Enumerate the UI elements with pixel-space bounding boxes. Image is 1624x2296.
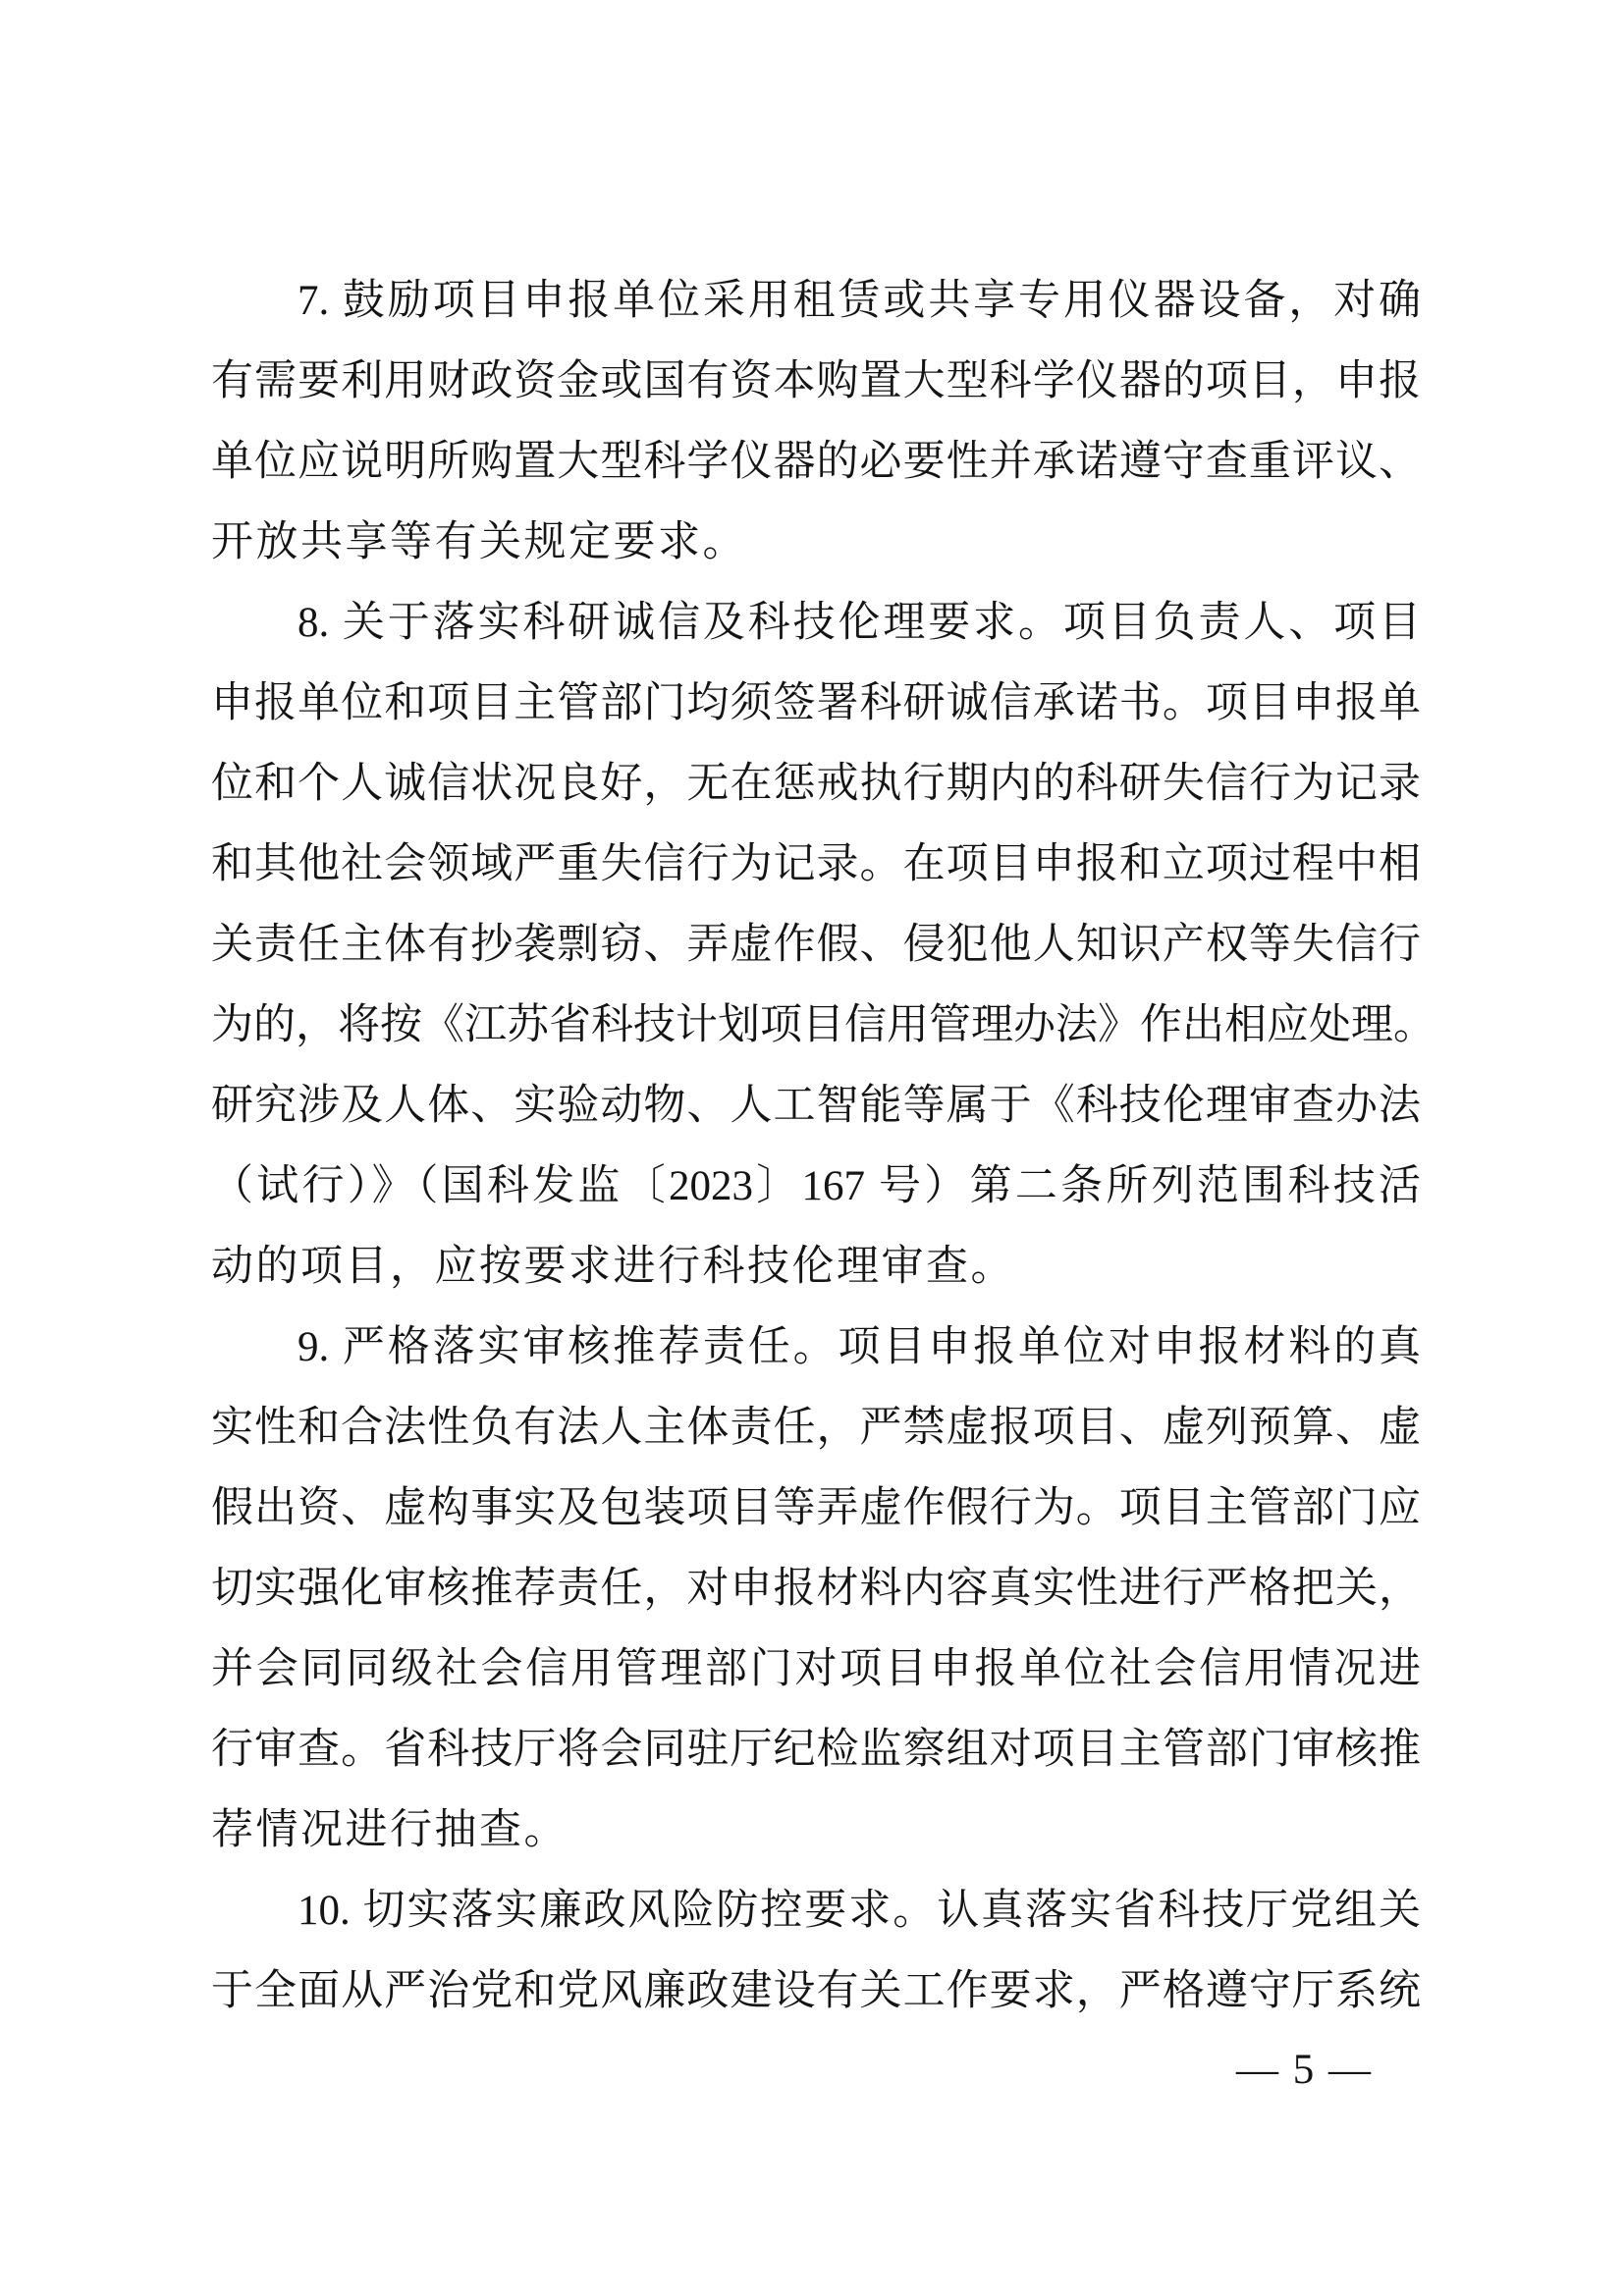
text-line: 有需要利用财政资金或国有资本购置大型科学仪器的项目，申报 xyxy=(211,342,1421,422)
text-line: 荐情况进行抽查。 xyxy=(211,1790,1421,1871)
text-line: 研究涉及人体、实验动物、人工智能等属于《科技伦理审查办法 xyxy=(211,1066,1421,1147)
text-line: 动的项目，应按要求进行科技伦理审查。 xyxy=(211,1227,1421,1308)
document-text-block: 7. 鼓励项目申报单位采用租赁或共享专用仪器设备，对确 有需要利用财政资金或国有… xyxy=(211,261,1421,2032)
text-line: （试行）》（国科发监〔2023〕167 号）第二条所列范围科技活 xyxy=(211,1147,1421,1227)
text-line: 和其他社会领域严重失信行为记录。在项目申报和立项过程中相 xyxy=(211,825,1421,905)
paragraph-7: 7. 鼓励项目申报单位采用租赁或共享专用仪器设备，对确 有需要利用财政资金或国有… xyxy=(211,261,1421,583)
paragraph-9: 9. 严格落实审核推荐责任。项目申报单位对申报材料的真 实性和合法性负有法人主体… xyxy=(211,1308,1421,1871)
page-number: — 5 — xyxy=(1236,2048,1373,2093)
paragraph-8: 8. 关于落实科研诚信及科技伦理要求。项目负责人、项目 申报单位和项目主管部门均… xyxy=(211,583,1421,1308)
text-line: 7. 鼓励项目申报单位采用租赁或共享专用仪器设备，对确 xyxy=(211,261,1421,342)
text-line: 开放共享等有关规定要求。 xyxy=(211,503,1421,583)
text-line: 实性和合法性负有法人主体责任，严禁虚报项目、虚列预算、虚 xyxy=(211,1388,1421,1468)
text-line: 为的，将按《江苏省科技计划项目信用管理办法》作出相应处理。 xyxy=(211,986,1421,1066)
text-line: 申报单位和项目主管部门均须签署科研诚信承诺书。项目申报单 xyxy=(211,664,1421,744)
text-line: 于全面从严治党和党风廉政建设有关工作要求，严格遵守厅系统 xyxy=(211,1951,1421,2032)
text-line: 单位应说明所购置大型科学仪器的必要性并承诺遵守查重评议、 xyxy=(211,422,1421,503)
text-line: 位和个人诚信状况良好，无在惩戒执行期内的科研失信行为记录 xyxy=(211,744,1421,825)
text-line: 切实强化审核推荐责任，对申报材料内容真实性进行严格把关， xyxy=(211,1549,1421,1629)
text-line: 假出资、虚构事实及包装项目等弄虚作假行为。项目主管部门应 xyxy=(211,1468,1421,1549)
text-line: 9. 严格落实审核推荐责任。项目申报单位对申报材料的真 xyxy=(211,1308,1421,1388)
text-line: 10. 切实落实廉政风险防控要求。认真落实省科技厅党组关 xyxy=(211,1871,1421,1951)
text-line: 行审查。省科技厅将会同驻厅纪检监察组对项目主管部门审核推 xyxy=(211,1710,1421,1790)
text-line: 并会同同级社会信用管理部门对项目申报单位社会信用情况进 xyxy=(211,1629,1421,1710)
document-page: 7. 鼓励项目申报单位采用租赁或共享专用仪器设备，对确 有需要利用财政资金或国有… xyxy=(0,0,1624,2296)
paragraph-10: 10. 切实落实廉政风险防控要求。认真落实省科技厅党组关 于全面从严治党和党风廉… xyxy=(211,1871,1421,2032)
text-line: 关责任主体有抄袭剽窃、弄虚作假、侵犯他人知识产权等失信行 xyxy=(211,905,1421,986)
text-line: 8. 关于落实科研诚信及科技伦理要求。项目负责人、项目 xyxy=(211,583,1421,664)
